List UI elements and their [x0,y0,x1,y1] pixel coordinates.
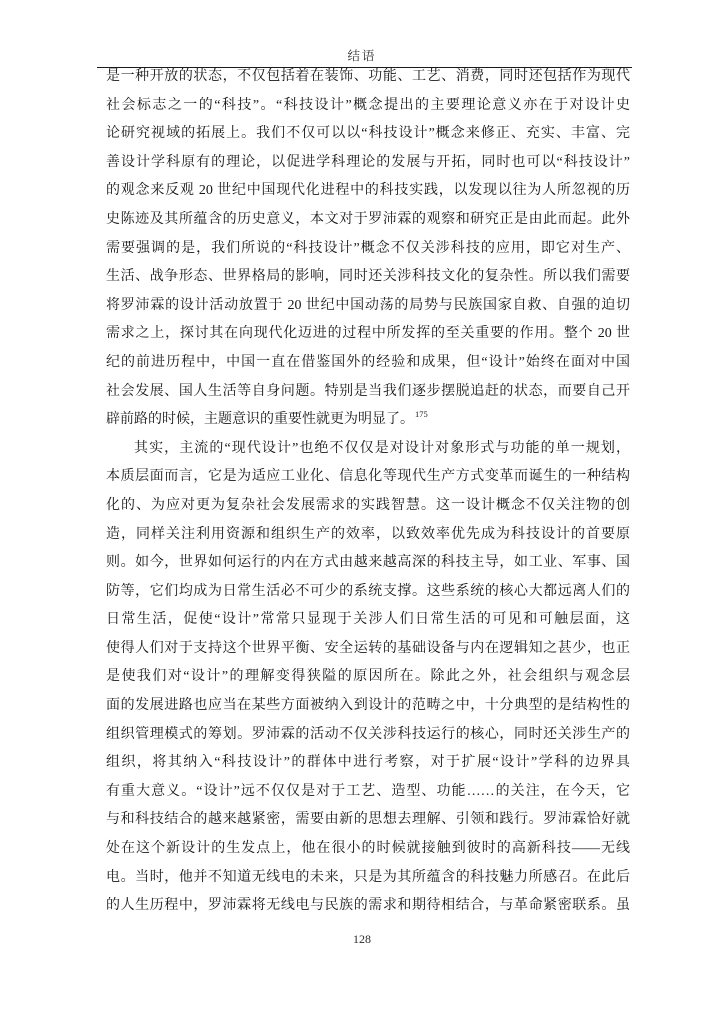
text-line: 本质层面而言，它是为适应工业化、信息化等现代生产方式变革而诞生的一种结构 [106,463,630,492]
running-header: 结语 [0,46,724,64]
text-line: 将罗沛霖的设计活动放置于 20 世纪中国动荡的局势与民族国家自救、自强的迫切 [106,292,630,321]
text-line: 是使我们对“设计”的理解变得狭隘的原因所在。除此之外，社会组织与观念层 [106,663,630,692]
text-line: 的观念来反观 20 世纪中国现代化进程中的科技实践，以发现以往为人所忽视的历 [106,177,630,206]
text-line: 使得人们对于支持这个世界平衡、安全运转的基础设备与内在逻辑知之甚少，也正 [106,635,630,664]
text-line: 有重大意义。“设计”远不仅仅是对于工艺、造型、功能……的关注，在今天，它 [106,778,630,807]
text-line: 防等，它们均成为日常生活必不可少的系统支撑。这些系统的核心大都远离人们的 [106,578,630,607]
text-line: 需要强调的是，我们所说的“科技设计”概念不仅关涉科技的应用，即它对生产、 [106,235,630,264]
document-page: 结语 是一种开放的状态，不仅包括着在装饰、功能、工艺、消费，同时还包括作为现代社… [0,0,724,1023]
text-line: 生活、战争形态、世界格局的影响，同时还关涉科技文化的复杂性。所以我们需要 [106,263,630,292]
text-line: 造，同样关注利用资源和组织生产的效率，以致效率优先成为科技设计的首要原 [106,521,630,550]
footnote-marker: 175 [415,409,428,419]
text-line: 面的发展进路也应当在某些方面被纳入到设计的范畴之中，十分典型的是结构性的 [106,692,630,721]
text-line: 是一种开放的状态，不仅包括着在装饰、功能、工艺、消费，同时还包括作为现代 [106,63,630,92]
body-text: 是一种开放的状态，不仅包括着在装饰、功能、工艺、消费，同时还包括作为现代社会标志… [106,63,630,921]
text-line: 与和科技结合的越来越紧密，需要由新的思想去理解、引领和践行。罗沛霖恰好就 [106,806,630,835]
text-line: 史陈迹及其所蕴含的历史意义，本文对于罗沛霖的观察和研究正是由此而起。此外 [106,206,630,235]
text-line: 组织管理模式的筹划。罗沛霖的活动不仅关涉科技运行的核心，同时还关涉生产的 [106,721,630,750]
text-line: 辟前路的时候，主题意识的重要性就更为明显了。175 [106,406,630,435]
text-line: 化的、为应对更为复杂社会发展需求的实践智慧。这一设计概念不仅关注物的创 [106,492,630,521]
text-line: 论研究视域的拓展上。我们不仅可以以“科技设计”概念来修正、充实、丰富、完 [106,120,630,149]
text-line: 需求之上，探讨其在向现代化迈进的过程中所发挥的至关重要的作用。整个 20 世 [106,320,630,349]
text-line: 日常生活，促使“设计”常常只显现于关涉人们日常生活的可见和可触层面，这 [106,606,630,635]
page-number: 128 [0,932,724,947]
text-line: 处在这个新设计的生发点上，他在很小的时候就接触到彼时的高新科技——无线 [106,835,630,864]
text-line: 则。如今，世界如何运行的内在方式由越来越高深的科技主导，如工业、军事、国 [106,549,630,578]
text-line: 其实，主流的“现代设计”也绝不仅仅是对设计对象形式与功能的单一规划， [106,435,630,464]
text-line: 纪的前进历程中，中国一直在借鉴国外的经验和成果，但“设计”始终在面对中国 [106,349,630,378]
text-line: 的人生历程中，罗沛霖将无线电与民族的需求和期待相结合，与革命紧密联系。虽 [106,892,630,921]
text-line: 组织，将其纳入“科技设计”的群体中进行考察，对于扩展“设计”学科的边界具 [106,749,630,778]
text-line: 善设计学科原有的理论，以促进学科理论的发展与开拓，同时也可以“科技设计” [106,149,630,178]
text-line: 电。当时，他并不知道无线电的未来，只是为其所蕴含的科技魅力所感召。在此后 [106,864,630,893]
text-line: 社会发展、国人生活等自身问题。特别是当我们逐步摆脱追赶的状态，而要自己开 [106,378,630,407]
text-line: 社会标志之一的“科技”。“科技设计”概念提出的主要理论意义亦在于对设计史 [106,92,630,121]
